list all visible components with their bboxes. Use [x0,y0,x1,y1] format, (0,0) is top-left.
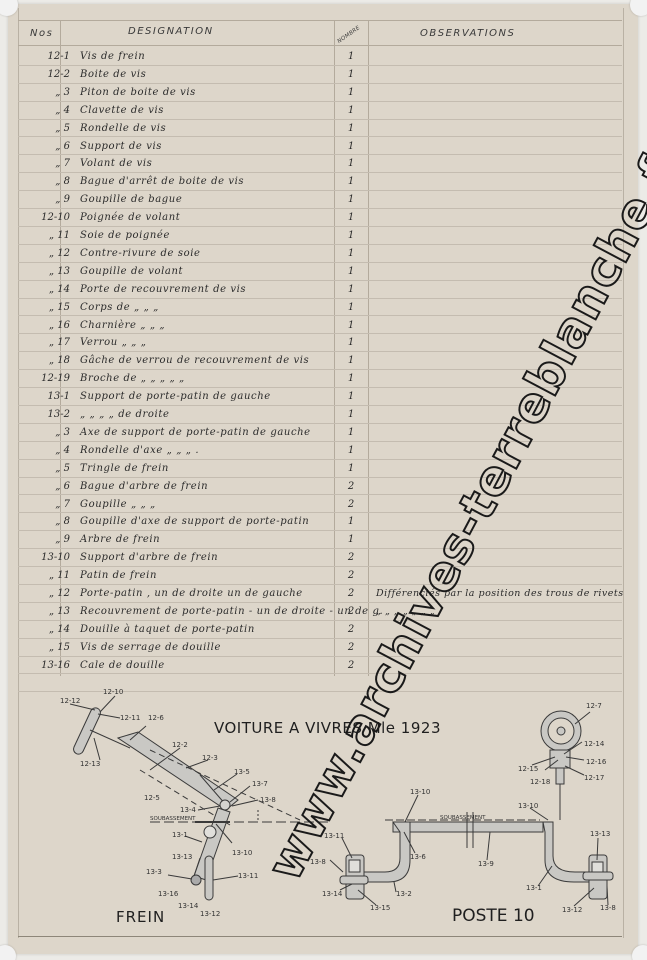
label-12-10: 12-10 [103,688,123,696]
label-13-14: 13-14 [178,902,198,910]
label-12-13: 12-13 [80,760,100,768]
label-12-16: 12-16 [586,758,606,766]
label-12-18: 12-18 [530,778,550,786]
caption-frein: FREIN [116,908,165,926]
label-12-12: 12-12 [60,697,80,705]
label-13-15: 13-15 [370,904,390,912]
label-12-7: 12-7 [586,702,602,710]
label-13-14: 13-14 [322,890,342,898]
label-12-15: 12-15 [518,765,538,773]
poste-assembly [330,711,613,906]
label-13-12: 13-12 [200,910,220,918]
drawing-title: VOITURE A VIVRES Mle 1923 [214,719,441,737]
label-12-6: 12-6 [148,714,164,722]
label-13-7: 13-7 [252,780,268,788]
label-13-9: 13-9 [478,860,494,868]
label-13-11: 13-11 [238,872,258,880]
technical-drawing [0,0,647,960]
label-13-16: 13-16 [158,890,178,898]
label-12-17: 12-17 [584,774,604,782]
label-13-6: 13-6 [410,853,426,861]
label-13-2: 13-2 [396,890,412,898]
label-13-13: 13-13 [590,830,610,838]
label-13-13: 13-13 [172,853,192,861]
label-13-8-left: 13-8 [310,858,326,866]
label-12-11: 12-11 [120,714,140,722]
label-12-2: 12-2 [172,741,188,749]
caption-poste-10: POSTE 10 [452,906,535,926]
label-13-8: 13-8 [260,796,276,804]
label-13-10-right: 13-10 [518,802,538,810]
label-13-10: 13-10 [232,849,252,857]
label-13-3: 13-3 [146,868,162,876]
label-13-8-right: 13-8 [600,904,616,912]
label-soubassement-poste: SOUBASSEMENT [440,815,486,821]
label-13-12: 13-12 [562,906,582,914]
label-12-3: 12-3 [202,754,218,762]
label-13-10-left: 13-10 [410,788,430,796]
label-soubassement-frein: SOUBASSEMENT [150,816,196,822]
label-12-14: 12-14 [584,740,604,748]
label-13-1: 13-1 [172,831,188,839]
label-12-5: 12-5 [144,794,160,802]
label-13-11: 13-11 [324,832,344,840]
label-13-1: 13-1 [526,884,542,892]
label-13-4: 13-4 [180,806,196,814]
label-13-5: 13-5 [234,768,250,776]
